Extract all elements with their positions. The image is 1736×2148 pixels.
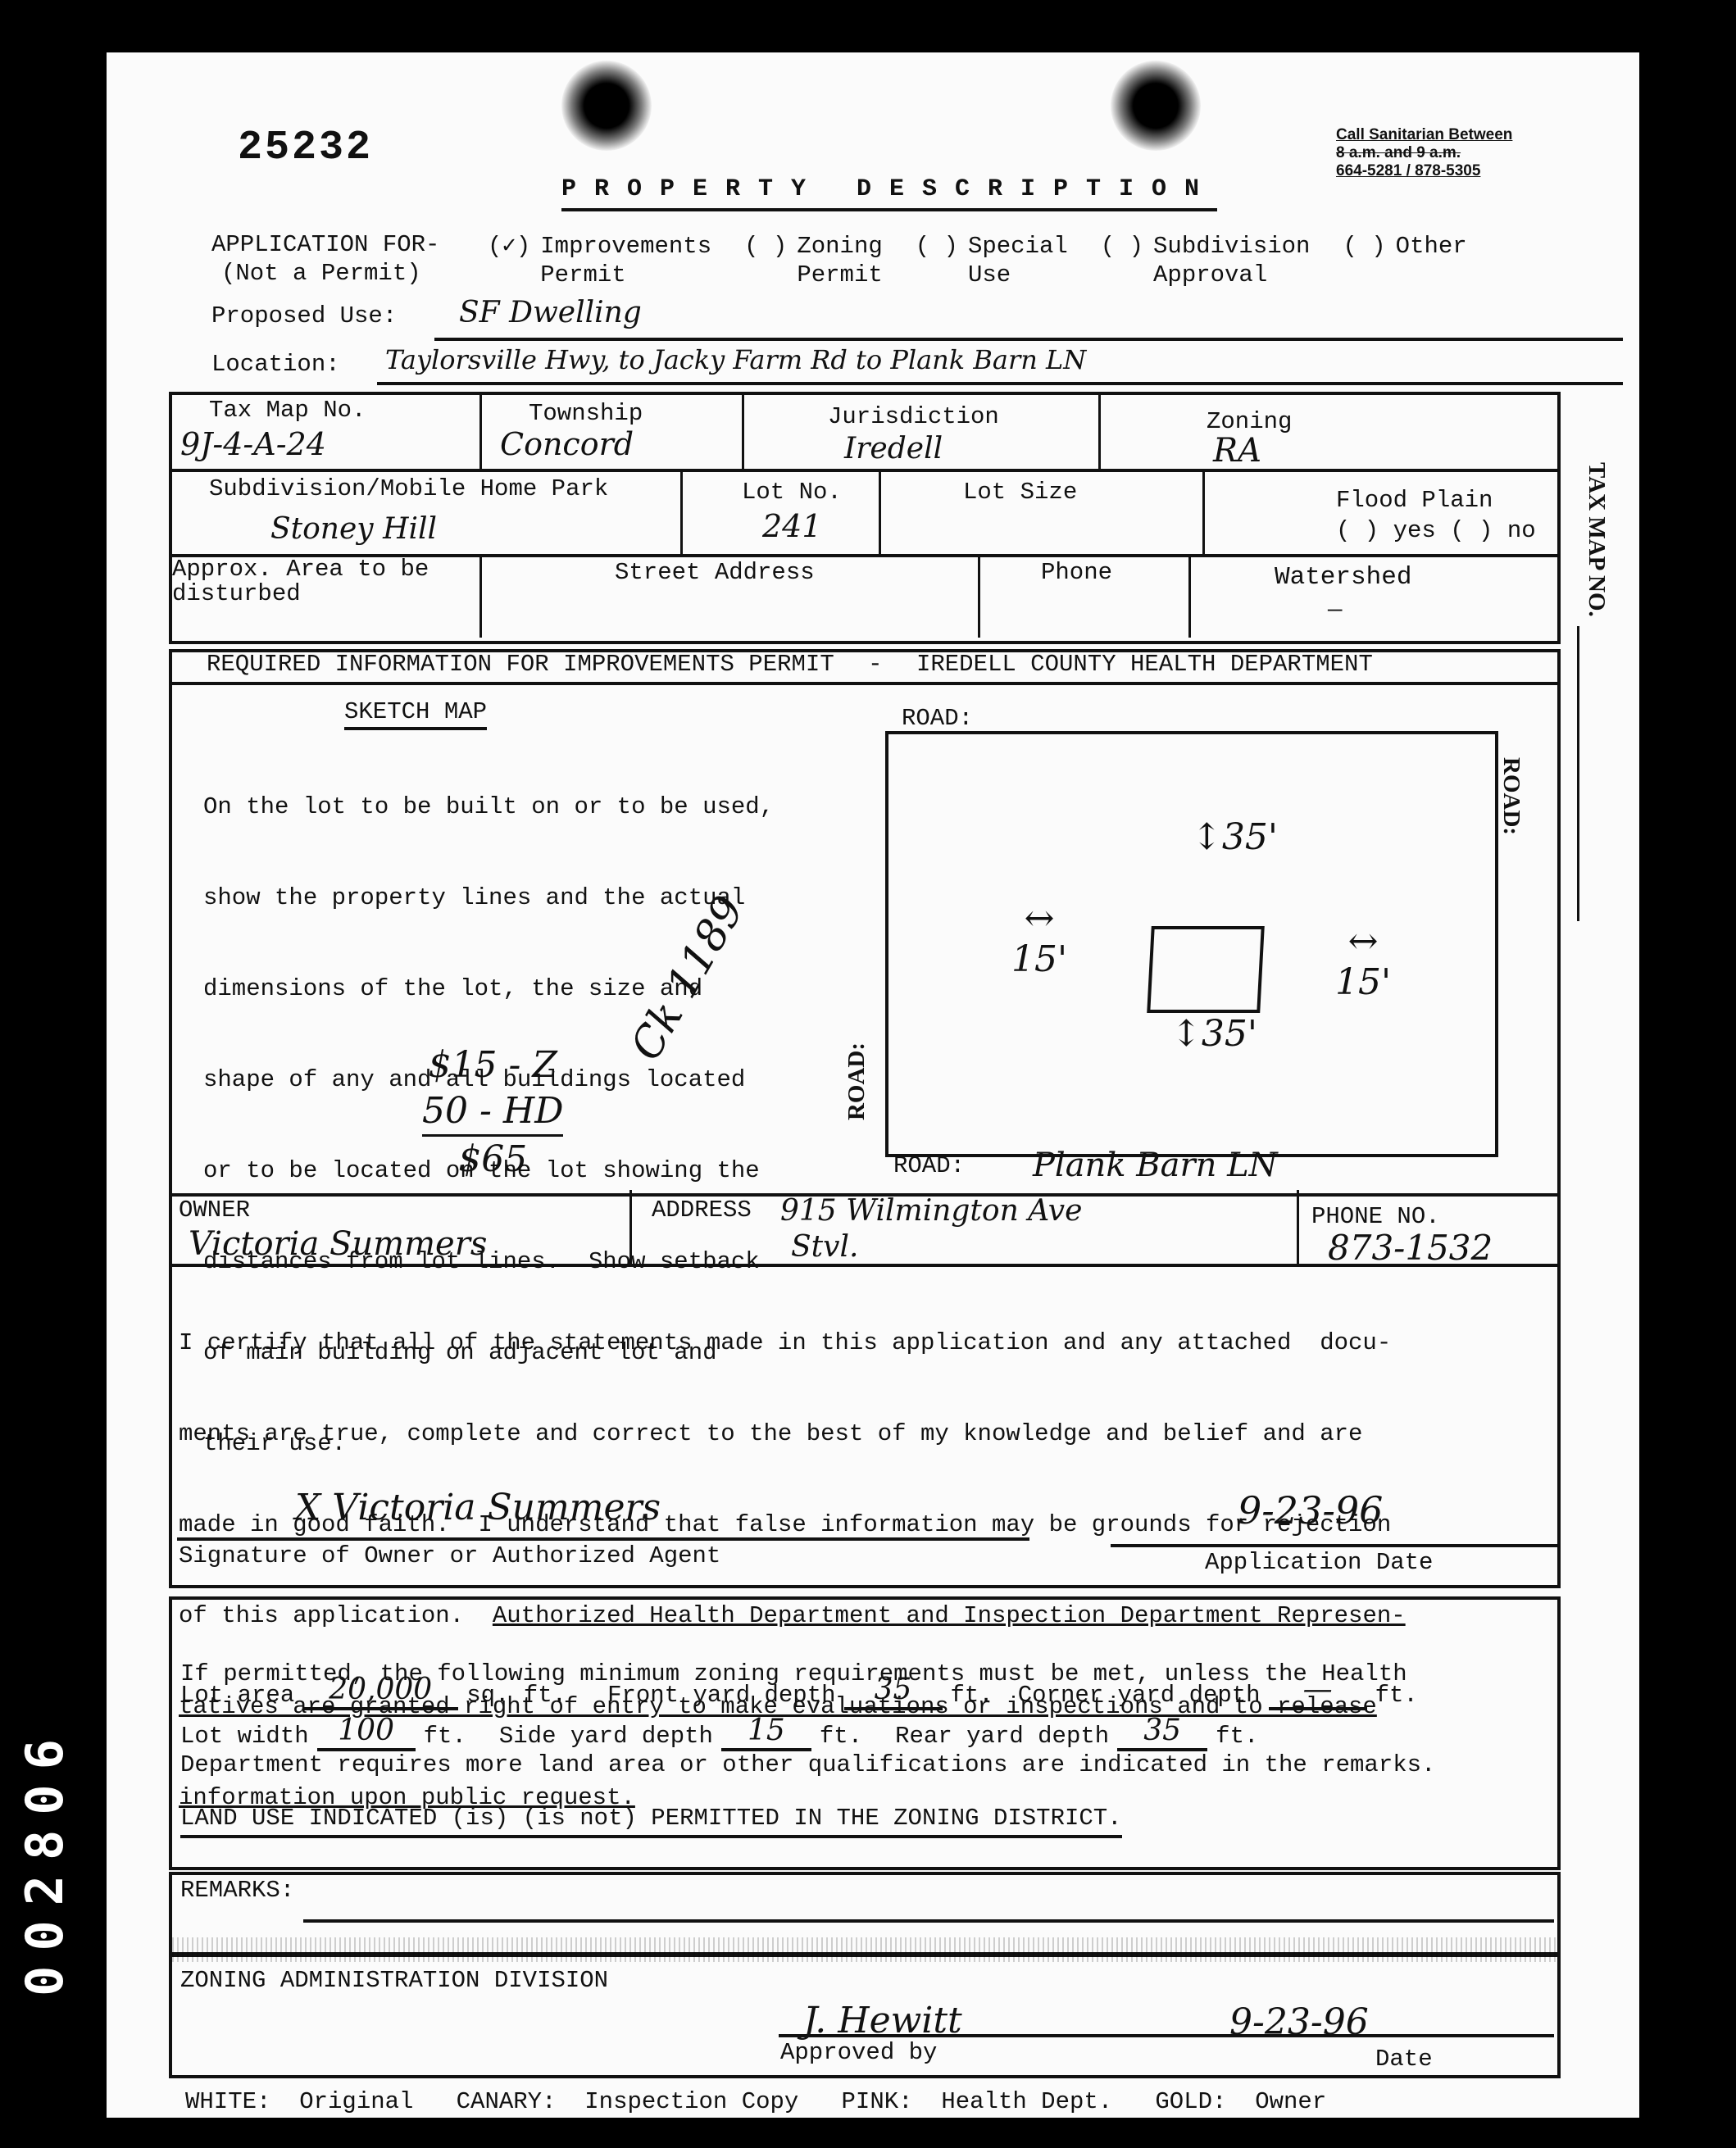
front-yard-label: Front yard depth [607, 1682, 835, 1710]
scan-noise [172, 1937, 1557, 1962]
zoning-division-label: ZONING ADMINISTRATION DIVISION [180, 1967, 608, 1996]
lot-area-unit: sq. ft. [466, 1682, 566, 1710]
jurisdiction-label: Jurisdiction [828, 403, 999, 432]
fee-total: $65 [422, 1134, 563, 1183]
subdivision-label: Subdivision/Mobile Home Park [209, 475, 608, 504]
right-setback: ↔15' [1335, 921, 1391, 1003]
location-field[interactable]: Taylorsville Hwy, to Jacky Farm Rd to Pl… [385, 344, 1086, 375]
fee-line: $15 - Z [422, 1042, 563, 1088]
option-label2: Approval [1153, 261, 1310, 290]
option-label: Zoning [797, 233, 882, 261]
tax-map-no-field[interactable]: 9J-4-A-24 [180, 426, 326, 464]
certification-line: ments are true, complete and correct to … [179, 1419, 1406, 1449]
option-label: Other [1396, 233, 1467, 261]
application-for-label: APPLICATION FOR- (Not a Permit) [211, 231, 439, 288]
scan-artifact [1111, 61, 1201, 151]
film-frame-number: 002806 [15, 1680, 89, 2041]
front-yard-field[interactable]: 35 [844, 1672, 943, 1710]
building-outline [1147, 926, 1265, 1013]
checkbox[interactable]: ( ) [1101, 233, 1143, 290]
unit-label: ft. [820, 1723, 862, 1751]
flood-plain-options[interactable]: ( ) yes ( ) no [1336, 517, 1536, 546]
lot-no-field[interactable]: 241 [762, 508, 822, 546]
left-setback: ↔15' [1011, 898, 1067, 980]
approval-date-field[interactable]: 9-23-96 [1229, 2001, 1369, 2045]
road-left-label: ROAD: [843, 1042, 871, 1120]
lot-width-field[interactable]: 100 [317, 1713, 416, 1751]
property-description-form: 25232 PROPERTY DESCRIPTION Call Sanitari… [107, 52, 1639, 2118]
approved-by-label: Approved by [780, 2039, 937, 2068]
unit-label: ft. [1216, 1723, 1258, 1751]
owner-signature[interactable]: X Victoria Summers [295, 1487, 661, 1530]
checkbox[interactable]: ( ) [1343, 233, 1385, 290]
lot-width-label: Lot width [180, 1723, 309, 1751]
unit-label: ft. [424, 1723, 466, 1751]
location-label: Location: [211, 351, 340, 379]
flood-plain-label: Flood Plain [1336, 487, 1493, 515]
option-label: Improvements [540, 233, 711, 261]
application-date-label: Application Date [1205, 1549, 1433, 1578]
sanitarian-line3: 664-5281 / 878-5305 [1336, 162, 1512, 180]
option-label2: Permit [540, 261, 711, 290]
remarks-label: REMARKS: [180, 1877, 294, 1905]
application-label: APPLICATION FOR- [211, 231, 439, 260]
checkbox[interactable]: ( ) [744, 233, 787, 290]
rear-yard-field[interactable]: 35 [1117, 1713, 1207, 1751]
township-label: Township [529, 400, 643, 429]
tax-map-no-label: Tax Map No. [209, 397, 366, 425]
improvements-header: REQUIRED INFORMATION FOR IMPROVEMENTS PE… [207, 651, 1373, 679]
watershed-label: Watershed [1275, 562, 1411, 593]
header-left: REQUIRED INFORMATION FOR IMPROVEMENTS PE… [207, 651, 834, 678]
lot-size-label: Lot Size [963, 479, 1077, 507]
option-label: Special [968, 233, 1068, 261]
option-other[interactable]: ( ) Other [1343, 233, 1466, 290]
subdivision-field[interactable]: Stoney Hill [270, 511, 437, 547]
page-title: PROPERTY DESCRIPTION [561, 175, 1217, 211]
sanitarian-line2: 8 a.m. and 9 a.m. [1336, 144, 1512, 162]
application-sublabel: (Not a Permit) [211, 260, 439, 288]
header-sep: - [848, 651, 902, 678]
lot-area-label: Lot area [180, 1682, 294, 1710]
lot-area-field[interactable]: 20,000 [302, 1672, 458, 1710]
road-bottom-field[interactable]: Plank Barn LN [1033, 1146, 1278, 1185]
left-setback-value: 15' [1011, 939, 1067, 980]
option-improvements-permit[interactable]: (✓) ImprovementsPermit [488, 233, 711, 290]
scan-artifact [561, 61, 652, 151]
side-yard-field[interactable]: 15 [721, 1713, 811, 1751]
front-setback: ↕35' [1192, 816, 1278, 858]
checkbox[interactable]: ( ) [916, 233, 958, 290]
option-subdivision-approval[interactable]: ( ) SubdivisionApproval [1101, 233, 1311, 290]
sanitarian-line1: Call Sanitarian Between [1336, 126, 1512, 144]
option-label2: Use [968, 261, 1068, 290]
fee-calculation: $15 - Z 50 - HD $65 [422, 1042, 563, 1183]
street-address-label: Street Address [615, 559, 815, 588]
side-yard-label: Side yard depth [499, 1723, 713, 1751]
front-setback-value: 35' [1222, 816, 1278, 858]
road-top-label: ROAD: [902, 705, 973, 733]
jurisdiction-field[interactable]: Iredell [844, 431, 943, 466]
arrow-left-right-icon: ↔ [1011, 898, 1067, 939]
approx-area-label: Approx. Area to be disturbed [172, 557, 475, 606]
unit-label: ft. [951, 1682, 993, 1710]
copy-distribution-footer: WHITE: Original CANARY: Inspection Copy … [185, 2088, 1326, 2117]
township-field[interactable]: Concord [500, 426, 634, 464]
zoning-intro-line: Department requires more land area or ot… [180, 1750, 1435, 1780]
phone-label: Phone [1041, 559, 1112, 588]
certification-line: I certify that all of the statements mad… [179, 1328, 1406, 1358]
zoning-field[interactable]: RA [1213, 431, 1261, 470]
application-options: (✓) ImprovementsPermit ( ) ZoningPermit … [488, 233, 1467, 290]
sketch-map-title: SKETCH MAP [344, 698, 487, 730]
land-use-statement: LAND USE INDICATED (is) (is not) PERMITT… [180, 1805, 1122, 1838]
unit-label: ft. [1375, 1682, 1418, 1710]
arrow-left-right-icon: ↔ [1335, 921, 1391, 962]
option-label: Subdivision [1153, 233, 1310, 261]
sanitarian-note: Call Sanitarian Between 8 a.m. and 9 a.m… [1336, 126, 1512, 180]
proposed-use-label: Proposed Use: [211, 302, 397, 331]
checkbox[interactable]: (✓) [488, 233, 530, 290]
fee-line: 50 - HD [422, 1088, 563, 1134]
watershed-field[interactable]: — [1328, 597, 1342, 625]
corner-yard-field[interactable]: — [1269, 1672, 1367, 1710]
rear-setback: ↕35' [1171, 1013, 1257, 1055]
zoning-row-1: Lot area 20,000 sq. ft. Front yard depth… [180, 1672, 1418, 1710]
application-date-field[interactable]: 9-23-96 [1238, 1488, 1383, 1533]
zoning-row-2: Lot width 100 ft. Side yard depth 15 ft.… [180, 1713, 1258, 1751]
option-label2: Permit [797, 261, 882, 290]
signature-label: Signature of Owner or Authorized Agent [179, 1542, 720, 1571]
approval-date-label: Date [1375, 2046, 1433, 2074]
option-special-use[interactable]: ( ) SpecialUse [916, 233, 1068, 290]
header-right: IREDELL COUNTY HEALTH DEPARTMENT [916, 651, 1373, 678]
sketch-map-canvas[interactable]: ↕35' ↕35' ↔15' ↔15' [885, 731, 1498, 1157]
tax-map-margin-label: TAX MAP NO. [1582, 462, 1611, 617]
corner-yard-label: Corner yard depth [1018, 1682, 1261, 1710]
road-bottom-label: ROAD: [893, 1152, 965, 1181]
proposed-use-field[interactable]: SF Dwelling [459, 295, 642, 330]
instruction-line: On the lot to be built on or to be used, [203, 792, 774, 822]
lot-no-label: Lot No. [742, 479, 842, 507]
rear-setback-value: 35' [1202, 1013, 1257, 1055]
instruction-line: show the property lines and the actual [203, 883, 774, 913]
rear-yard-label: Rear yard depth [895, 1723, 1109, 1751]
road-right-label: ROAD: [1497, 757, 1525, 835]
option-zoning-permit[interactable]: ( ) ZoningPermit [744, 233, 883, 290]
document-number: 25232 [238, 125, 373, 171]
right-setback-value: 15' [1335, 962, 1391, 1003]
